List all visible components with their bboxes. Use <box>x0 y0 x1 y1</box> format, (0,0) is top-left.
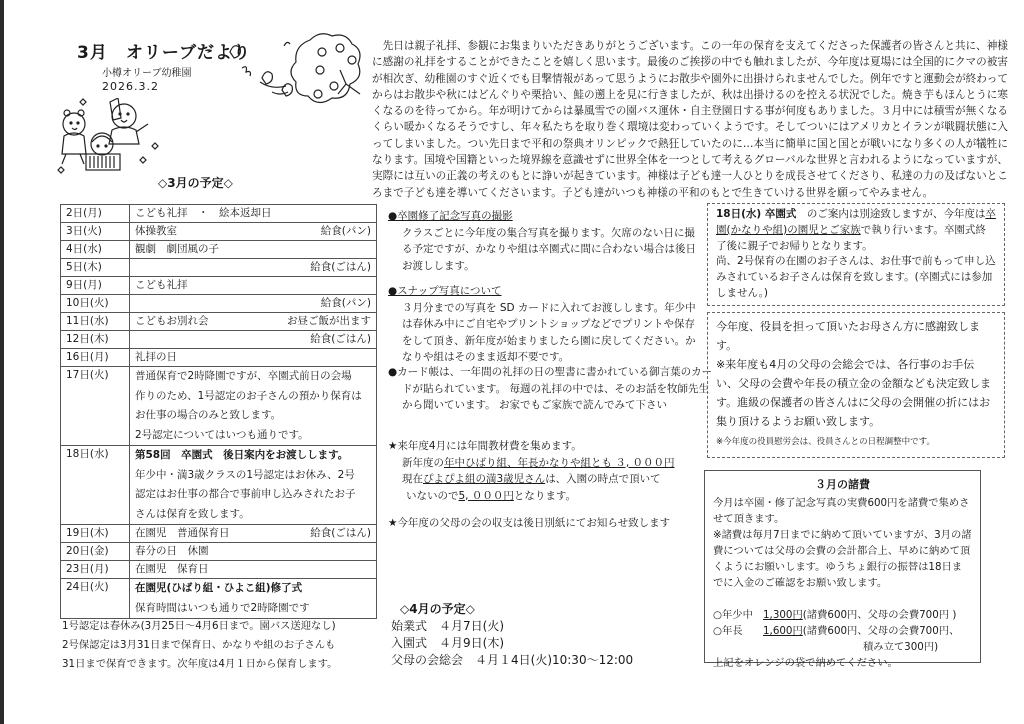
graduation-childcare-note: 尚、2号保育の在園のお子さんは、お仕事で前もって申し込みされているお子さんは保育… <box>716 254 996 301</box>
schedule-row: 3日(火)体操教室給食(パン) <box>61 223 377 241</box>
schedule-event: 普通保育で2時降園ですが、卒園式前日の会場 <box>135 367 371 387</box>
fees-paragraph: 今月は卒園・修了記念写真の実費600円を諸費で集めさせて頂きます。 <box>713 495 972 527</box>
schedule-day: 10日(火) <box>61 295 130 313</box>
materials-text: 新年度の <box>402 457 444 469</box>
schedule-day: 4日(水) <box>61 241 130 259</box>
april-item: 父母の会総会 ４月１4日(火)10:30～12:00 <box>391 652 633 669</box>
schedule-event: こども礼拝 <box>135 277 188 294</box>
fee-label: ○年長 <box>713 623 755 639</box>
materials-line: ★来年度4月には年間教材費を集めます。 <box>388 438 703 455</box>
materials-text: は、入園の時点で頂いて <box>545 473 661 485</box>
schedule-row: 19日(木)在園児 普通保育日給食(ごはん) <box>61 525 377 543</box>
thanks-general-meeting: ※来年度も4月の父母の会総会では、各行事のお手伝い、父母の会費や年長の積立金の金… <box>716 355 996 431</box>
schedule-day: 2日(月) <box>61 205 130 223</box>
schedule-row: 10日(火)給食(パン) <box>61 295 377 313</box>
note-line: 2号保認定は3月31日まで保育日、かなりや組のお子さんも <box>62 636 337 655</box>
greeting-paragraph: 先日は親子礼拝、参観にお集まりいただきありがとうございます。この一年の保育を支え… <box>372 38 1008 201</box>
schedule-meal: お昼ご飯が出ます <box>287 313 371 330</box>
schedule-event: 保育時間はいつも通りで2時降園です <box>135 599 371 619</box>
schedule-day: 17日(火) <box>61 367 130 446</box>
thanks-box: 今年度、役員を担って頂いたお母さん方に感謝致します。 ※来年度も4月の父母の会総… <box>707 312 1005 458</box>
materials-class: ぴよぴよ組の満3歳児さん <box>423 473 545 485</box>
card-text: ●カード帳は、一年間の礼拝の日の聖書に書かれている御言葉のカードが貼られています… <box>402 364 717 414</box>
parents-notice: ★今年度の父母の会の収支は後日別紙にてお知らせ致します <box>388 515 703 532</box>
thanks-small-note: ※今年度の役員慰労会は、役員さんとの日程調整中です。 <box>716 431 996 453</box>
schedule-event: お仕事の場合のみと致します。 <box>135 406 371 426</box>
schedule-day: 5日(木) <box>61 259 130 277</box>
materials-fee: 5, ０００円 <box>459 490 514 502</box>
schedule-row: 2日(月)こども礼拝 ・ 絵本返却日 <box>61 205 377 223</box>
fee-amount: 1,300円 <box>763 607 803 623</box>
scan-edge <box>0 0 4 724</box>
schedule-day: 20日(金) <box>61 543 130 561</box>
school-name: 小樽オリーブ幼稚園 <box>102 64 192 79</box>
photo-body: クラスごとに今年度の集合写真を撮ります。欠席のない日に撮る予定ですが、かなりや組… <box>388 225 703 275</box>
fee-row: ○年長1,600円(諸費600円、父母の会費700円、 <box>713 623 972 639</box>
materials-section: ★来年度4月には年間教材費を集めます。 新年度の年中ひばり組、年長かなりや組とも… <box>388 438 703 504</box>
schedule-row: 18日(水) 第58回 卒園式 後日案内をお渡しします。 年少中・満3歳クラスの… <box>61 446 377 525</box>
schedule-day: 9日(月) <box>61 277 130 295</box>
graduation-date: 18日(水) 卒園式 <box>716 208 796 220</box>
schedule-row: 11日(水)こどもお別れ会お昼ご飯が出ます <box>61 313 377 331</box>
fees-footer: 上記をオレンジの袋で納めてください。 <box>713 655 972 671</box>
materials-text: いないので <box>406 490 459 502</box>
snap-heading: ●スナップ写真について <box>388 283 703 300</box>
graduation-text: のご案内は別途致しますが、今年度は <box>796 208 985 220</box>
schedule-row: 4日(水)観劇 劇団風の子 <box>61 241 377 259</box>
fee-amount: 1,600円 <box>763 623 803 639</box>
fees-paragraph: ※諸費は毎月7日までに納めて頂いていますが、3月の諸費については父母の会費の会計… <box>713 527 972 591</box>
materials-fee: 年中ひばり組、年長かなりや組とも ３, ０００円 <box>444 457 675 469</box>
march-schedule-heading: ◇3月の予定◇ <box>158 174 233 191</box>
fees-title: ３月の諸費 <box>713 477 972 493</box>
schedule-event: 春分の日 休園 <box>135 543 209 560</box>
note-line: 31日まで保育できます。次年度は4月１日から保育します。 <box>62 655 337 674</box>
schedule-row: 9日(月)こども礼拝 <box>61 277 377 295</box>
photo-section: ●卒園修了記念写真の撮影 クラスごとに今年度の集合写真を撮ります。欠席のない日に… <box>388 208 703 274</box>
schedule-notes: 1号認定は春休み(3月25日～4月6日まで。園バス送迎なし) 2号保認定は3月3… <box>62 617 337 674</box>
schedule-day: 12日(木) <box>61 331 130 349</box>
schedule-meal: 給食(ごはん) <box>310 259 371 276</box>
schedule-row: 23日(月)在園児 保育日 <box>61 561 377 579</box>
fee-label: ○年少中 <box>713 607 755 623</box>
schedule-event: 2号認定についてはいつも通りです。 <box>135 426 371 446</box>
schedule-row: 16日(月)礼拝の日 <box>61 349 377 367</box>
schedule-meal: 給食(パン) <box>321 295 371 312</box>
note-line: 1号認定は春休み(3月25日～4月6日まで。園バス送迎なし) <box>62 617 337 636</box>
fee-row: ○年少中1,300円(諸費600円、父母の会費700円 ) <box>713 607 972 623</box>
schedule-event: 在園児 保育日 <box>135 561 209 578</box>
schedule-event: 観劇 劇団風の子 <box>135 241 219 258</box>
schedule-meal: 給食(ごはん) <box>310 331 371 348</box>
schedule-day: 24日(火) <box>61 579 130 619</box>
schedule-event: 作りのため、1号認定のお子さんの預かり保育は <box>135 387 371 407</box>
april-item: 入園式 ４月9日(木) <box>391 635 633 652</box>
fee-detail-cont: 積み立て300円) <box>713 639 972 655</box>
schedule-day: 11日(水) <box>61 313 130 331</box>
april-item: 始業式 ４月7日(火) <box>391 618 633 635</box>
schedule-row: 20日(金)春分の日 休園 <box>61 543 377 561</box>
april-schedule-list: 始業式 ４月7日(火) 入園式 ４月9日(木) 父母の会総会 ４月１4日(火)1… <box>391 618 633 669</box>
schedule-event: 第58回 卒園式 後日案内をお渡しします。 <box>135 446 371 466</box>
schedule-event: 在園児(ひばり組・ひよこ組)修了式 <box>135 579 371 599</box>
schedule-meal: 給食(パン) <box>321 223 371 240</box>
fee-detail: (諸費600円、父母の会費700円、 <box>803 623 960 639</box>
schedule-day: 23日(月) <box>61 561 130 579</box>
schedule-row: 12日(木)給食(ごはん) <box>61 331 377 349</box>
schedule-event: さんは保育を致します。 <box>135 505 371 525</box>
schedule-day: 3日(火) <box>61 223 130 241</box>
thanks-text: 今年度、役員を担って頂いたお母さん方に感謝致します。 <box>716 317 996 355</box>
schedule-day: 16日(月) <box>61 349 130 367</box>
card-section: ●カード帳は、一年間の礼拝の日の聖書に書かれている御言葉のカードが貼られています… <box>388 364 717 414</box>
april-schedule-heading: ◇4月の予定◇ <box>400 600 475 617</box>
schedule-event: 年少中・満3歳クラスの1号認定はお休み、2号 <box>135 466 371 486</box>
fee-detail: (諸費600円、父母の会費700円 ) <box>803 607 957 623</box>
graduation-notice-box: 18日(水) 卒園式 のご案内は別途致しますが、今年度は卒園(かなりや組)の園児… <box>707 203 1005 306</box>
schedule-event: こども礼拝 ・ 絵本返却日 <box>135 205 272 222</box>
march-schedule-table: 2日(月)こども礼拝 ・ 絵本返却日 3日(火)体操教室給食(パン) 4日(水)… <box>60 204 377 619</box>
schedule-day: 18日(水) <box>61 446 130 525</box>
cherry-tree-illustration <box>222 30 367 120</box>
photo-heading: ●卒園修了記念写真の撮影 <box>388 208 703 225</box>
issue-date: 2026.3.2 <box>102 80 159 93</box>
schedule-event: こどもお別れ会 <box>135 313 209 330</box>
schedule-row: 17日(火) 普通保育で2時降園ですが、卒園式前日の会場 作りのため、1号認定の… <box>61 367 377 446</box>
fees-box: ３月の諸費 今月は卒園・修了記念写真の実費600円を諸費で集めさせて頂きます。 … <box>704 470 981 663</box>
schedule-event: 礼拝の日 <box>135 349 177 366</box>
schedule-event: 認定はお仕事の都合で事前申し込みされたお子 <box>135 485 371 505</box>
snap-section: ●スナップ写真について ３月分までの写真を SD カードに入れてお渡しします。年… <box>388 283 703 366</box>
schedule-day: 19日(木) <box>61 525 130 543</box>
materials-text: となります。 <box>514 490 576 502</box>
materials-text: 現在 <box>402 473 423 485</box>
schedule-event: 在園児 普通保育日 <box>135 525 230 542</box>
snap-body: ３月分までの写真を SD カードに入れてお渡しします。年少中は春休み中にご自宅や… <box>388 300 703 366</box>
schedule-row: 24日(火) 在園児(ひばり組・ひよこ組)修了式 保育時間はいつも通りで2時降園… <box>61 579 377 619</box>
schedule-meal: 給食(ごはん) <box>310 525 371 542</box>
children-illustration <box>52 98 164 178</box>
schedule-row: 5日(木)給食(ごはん) <box>61 259 377 277</box>
schedule-event: 体操教室 <box>135 223 177 240</box>
